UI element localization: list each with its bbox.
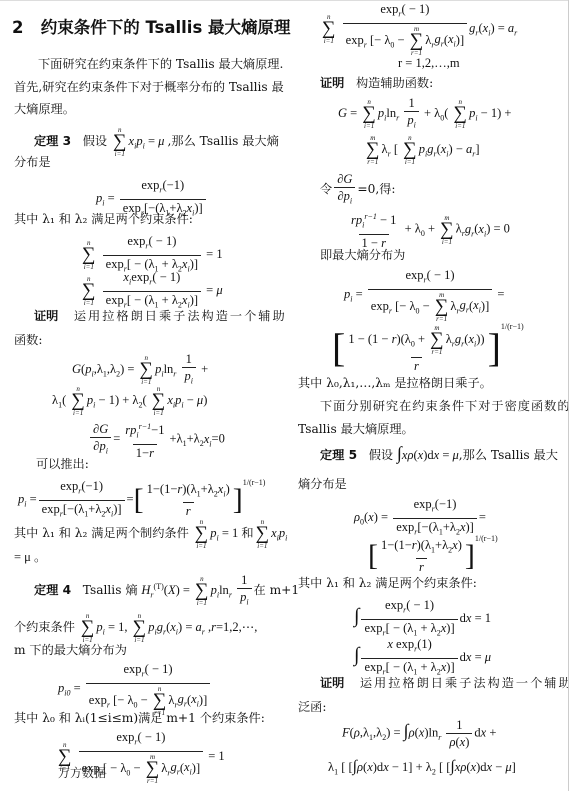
proof-text-b: 函数: [14,333,42,347]
intro-text-3: 大熵原理。 [14,102,75,116]
theorem-3-text: 假设 [83,134,107,148]
proof-1: 证明 运用拉格朗日乘子法构造一个辅助 [34,309,287,323]
constraint-text: 其中 λ₁ 和 λ₂ 满足两个制约条件 [14,526,189,540]
equation-G2-line2: m∑r=1λr [ n∑i=1pigr(xi) − ar] [364,134,480,166]
proof-text: 运用拉格朗日乘子法构造一个辅助 [74,309,287,323]
equation-rho0-bracket: [1−(1−r)(λ1+λ2x)r]1/(r−1) [368,534,498,574]
equation-F-line2: λ1 [ [∫ρ(x)dx − 1] + λ2 [ [∫xρ(x)dx − μ] [328,758,516,777]
constraint-intro: 其中 λ₁ 和 λ₂ 满足两个约束条件: [14,212,193,226]
intro-text-2: 首先,研究在约束条件下对于概率分布的 Tsallis 最 [14,80,284,94]
proof-label: 证明 [34,309,58,323]
constraint-eq-ar: n∑i=1 expr( − 1)expr [− λ0 − m∑r=1λrgr(x… [320,2,517,57]
equation-p-i0: pi0 = expr( − 1)expr [− λ0 − n∑r=1λrgr(x… [58,662,212,717]
equation-F-line1: F(ρ,λ1,λ2) = ∫ρ(x)lnr 1ρ(x)dx + [342,718,496,749]
set-derivative: 令∂G∂pi=0,得: [320,172,396,209]
theorem-4-text-b: 在 m+1 [254,583,300,597]
proof-label-2: 证明 [320,76,344,90]
integral-constraint-2: ∫x expr(1)expr[ − (λ1 + λ2x)]dx = μ [354,637,491,679]
max-dist-text: 即最大熵分布为 [320,248,405,262]
theorem-4-label: 定理 4 [34,583,71,597]
where-m1-text: 其中 λ₀ 和 λᵢ(1≤i≤m)满足 m+1 个约束条件: [14,711,265,725]
theorem-3-label: 定理 3 [34,134,71,148]
theorem-4-statement: 定理 4 Tsallis 熵 Hr(T)(X) = n∑i=1pilnr 1pi… [34,573,299,610]
proof-text-3: 运用拉格朗日乘子法构造一个辅助 [360,676,569,690]
lagrange-text: 其中 λ₀,λ₁,…,λₘ 是拉格朗日乘子。 [298,376,492,390]
theorem-5-statement: 定理 5 假设 ∫xρ(x)dx = μ,那么 Tsallis 最大 [320,446,558,462]
theorem-5-text: 假设 [369,448,393,462]
density-text-1: 下面分别研究在约束条件下对于密度函数的 [320,399,569,413]
proof-text-2: 构造辅助函数: [356,76,433,90]
theorem-3-statement: 定理 3 假设 n∑i=1xipi = μ ,那么 Tsallis 最大熵 [34,126,279,158]
r-range: r = 1,2,…,m [398,56,460,71]
constraint-intro-3: 其中 λ₁ 和 λ₂ 满足两个约束条件: [298,576,477,590]
equation-stationary: rpir−1 − 11 − r + λ0 + m∑i=1λrgr(xi) = 0 [346,210,510,250]
theorem-3-text-c: 分布是 [14,155,51,169]
eq-mu-text: = μ 。 [14,550,47,564]
proof-3: 证明 运用拉格朗日乘子法构造一个辅助 [320,676,569,690]
density-text-2: Tsallis 最大熵原理。 [298,422,414,436]
and-text: 和 [241,526,253,540]
constraint-eq-2: n∑i=1 xiexpr( − 1)expr[ − (λ1 + λ2xi)] =… [80,270,223,312]
equation-G-line1: G(pi,λ1,λ2) = n∑i=1pilnr 1pi + [72,352,208,389]
set-text: 令 [320,182,332,196]
section-title: 约束条件下的 Tsallis 最大熵原理 [41,18,291,37]
theorem-5-text-c: 熵分布是 [298,477,347,491]
equation-pi-2: pi =expr(−1)expr[−(λ1+λ2xi)]=[1−(1−r)(λ1… [18,478,265,521]
paper-page: 2 约束条件下的 Tsallis 最大熵原理 下面研究在约束条件下的 Tsall… [0,0,569,791]
theorem-4-text-d: m 下的最大熵分布为 [14,643,127,657]
proof-2: 证明 构造辅助函数: [320,76,433,90]
theorem-4-constraints: 个约束条件 n∑i=1pi = 1, n∑i=1pigr(xi) = ar ,r… [14,612,257,644]
section-heading: 2 约束条件下的 Tsallis 最大熵原理 [12,14,291,38]
theorem-4-text-c: 个约束条件 [14,620,75,634]
constraint-intro-2: 其中 λ₁ 和 λ₂ 满足两个制约条件 n∑i=1pi = 1 和n∑i=1xi… [14,518,287,550]
theorem-3-text-b: ,那么 Tsallis 最大熵 [168,134,279,148]
intro-text-1: 下面研究在约束条件下的 Tsallis 最大熵原理. [38,57,283,71]
set-text-b: =0,得: [357,182,395,196]
proof-text-3b: 泛函: [298,700,326,714]
equation-partial-G: ∂G∂pi=rpir−1−11−r+λ1+λ2xi=0 [88,420,225,460]
equation-rho0: ρ0(x) = expr(−1)expr[−(λ1+λ2x)]= [354,497,486,539]
equation-pi-bracket: [1 − (1 − r)(λ0 + m∑r=1λrgr(xi))r]1/(r−1… [332,322,524,373]
watermark: 万方数据 [58,764,106,781]
theorem-5-label: 定理 5 [320,448,357,462]
theorem-4-text: Tsallis 熵 [83,583,138,597]
theorem-5-text-b: ,那么 Tsallis 最大 [459,448,558,462]
equation-G-line2: λ1( n∑i=1pi − 1) + λ2( n∑i=1xipi − μ) [52,385,207,417]
derive-text: 可以推出: [36,457,89,471]
equation-pi-max: pi = expr( − 1)expr [− λ0 − m∑r=1λrgr(xi… [344,268,504,323]
proof-label-3: 证明 [320,676,344,690]
top-border [0,0,569,1]
integral-constraint-1: ∫expr( − 1)expr[ − (λ1 + λ2x)]dx = 1 [354,598,491,640]
section-number: 2 [12,18,23,37]
equation-G2-line1: G = n∑i=1pilnr 1pi + λ0( n∑i=1pi − 1) + [338,96,511,133]
